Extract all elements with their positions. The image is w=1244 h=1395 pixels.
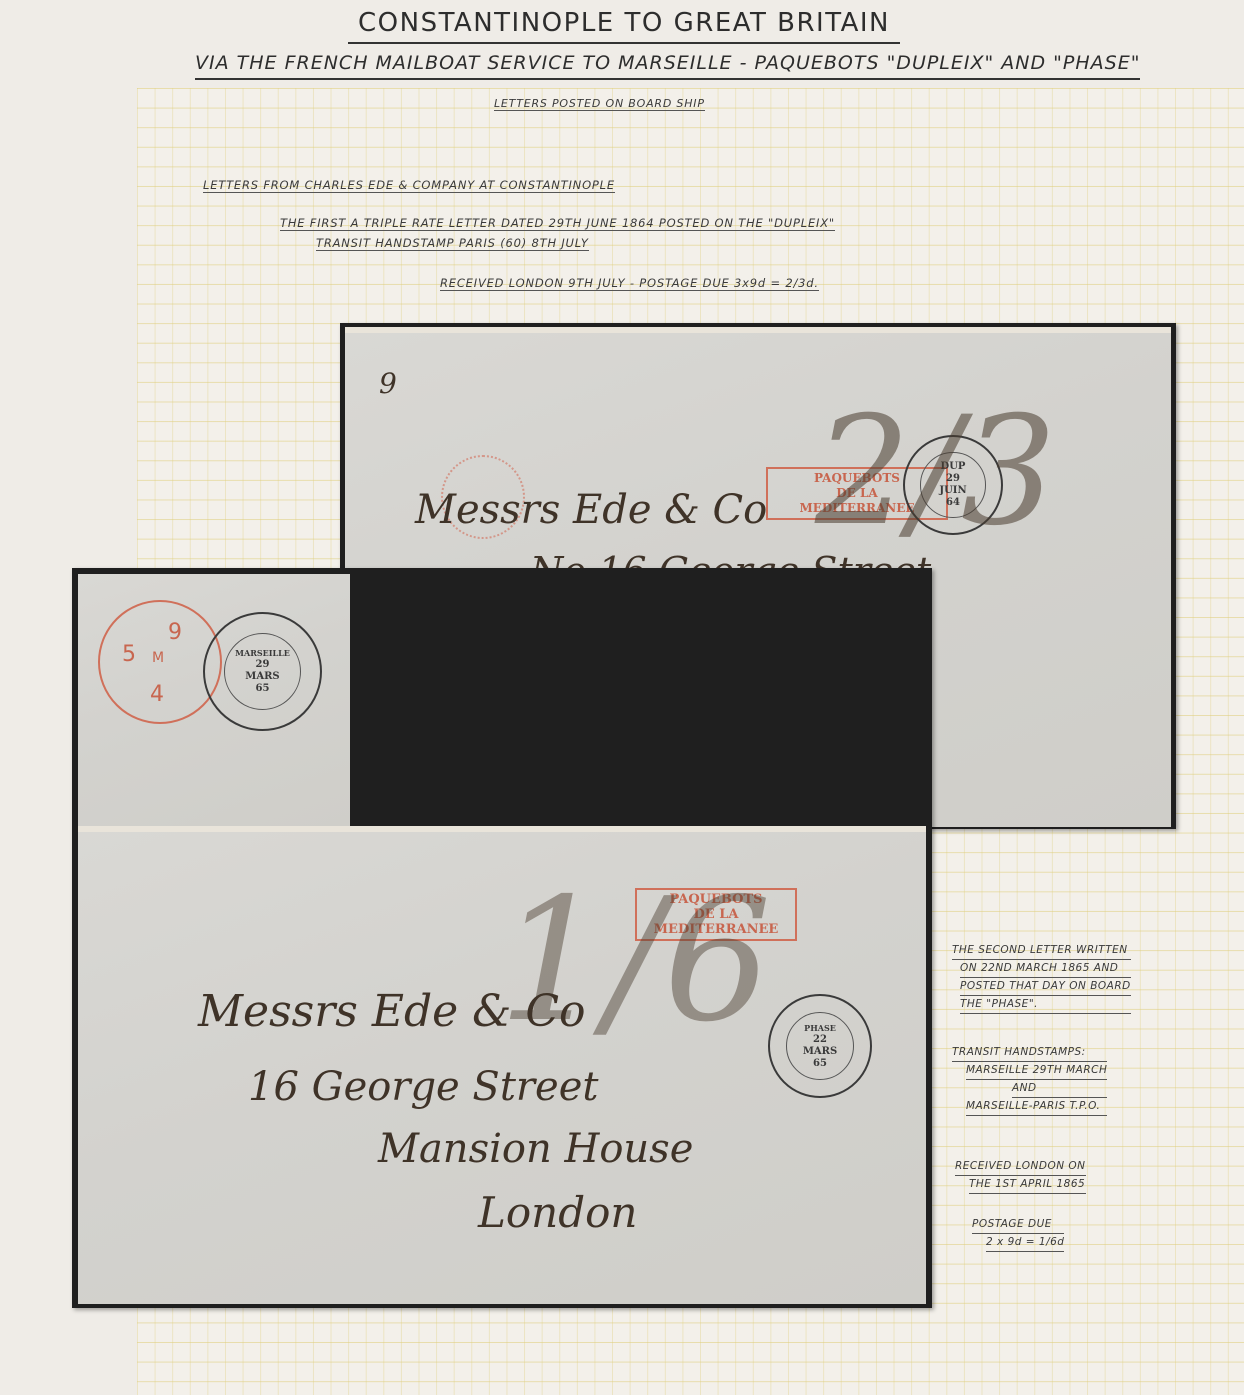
cover2-phase-datestamp: PHASE 22 MARS 65 <box>768 994 872 1098</box>
sender-line: LETTERS FROM CHARLES EDE & COMPANY AT CO… <box>203 178 615 193</box>
cover2-envelope: PAQUEBOTS DE LA MEDITERRANEE PHASE 22 MA… <box>78 826 926 1304</box>
first-letter-note-1: THE FIRST A TRIPLE RATE LETTER DATED 29T… <box>280 216 835 231</box>
cover1-address-line-1: Messrs Ede & Co <box>415 487 767 533</box>
cover2-back-flap: 9 5 4 M MARSEILLE 29 MARS 65 <box>78 574 350 826</box>
page-subtitle: VIA THE FRENCH MAILBOAT SERVICE TO MARSE… <box>195 52 1140 80</box>
page-title: CONSTANTINOPLE TO GREAT BRITAIN <box>348 8 900 44</box>
section-heading: LETTERS POSTED ON BOARD SHIP <box>494 97 705 111</box>
cover2-address-line-3: Mansion House <box>378 1126 693 1172</box>
cover2-address-line-1: Messrs Ede & Co <box>198 986 585 1037</box>
second-letter-received: RECEIVED LONDON ON THE 1ST APRIL 1865 <box>955 1158 1086 1194</box>
cover1-docket: 9 <box>379 367 397 400</box>
first-letter-note-2: TRANSIT HANDSTAMP PARIS (60) 8TH JULY <box>316 236 589 251</box>
second-letter-transit: TRANSIT HANDSTAMPS: MARSEILLE 29TH MARCH… <box>952 1044 1107 1116</box>
cover1-rate-mark: 2/3 <box>815 397 1056 547</box>
second-letter-postage: POSTAGE DUE 2 x 9d = 1/6d <box>972 1216 1064 1252</box>
cover2-marseille-datestamp: MARSEILLE 29 MARS 65 <box>203 612 322 731</box>
cover2-address-line-4: London <box>478 1188 637 1237</box>
cover2-address-line-2: 16 George Street <box>248 1064 598 1110</box>
first-letter-note-3: RECEIVED LONDON 9TH JULY - POSTAGE DUE 3… <box>440 276 819 291</box>
second-letter-notes: THE SECOND LETTER WRITTEN ON 22ND MARCH … <box>952 942 1131 1014</box>
